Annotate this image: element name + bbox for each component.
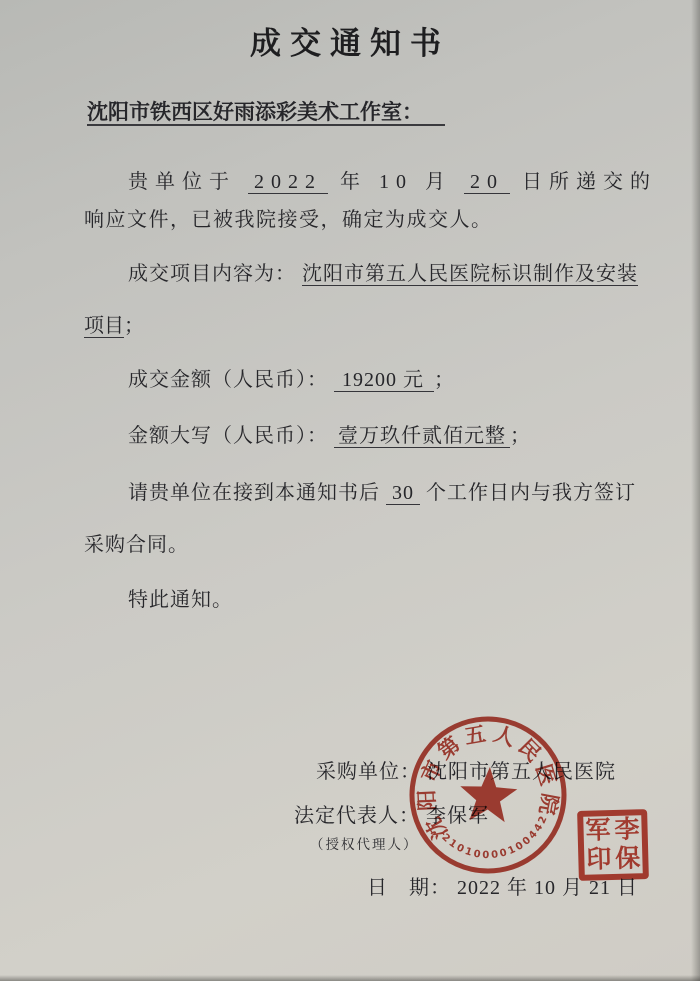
amount-words-label: 金额大写（人民币）： bbox=[128, 425, 328, 447]
para2-project-name-cont: 项目 bbox=[84, 315, 124, 338]
para5-post: 个工作日内与我方签订 bbox=[426, 482, 636, 504]
paper-right-edge bbox=[691, 0, 700, 981]
document-photo: 成交通知书 沈阳市铁西区好雨添彩美术工作室： 贵单位于 2022 年 10 月 … bbox=[0, 0, 700, 981]
para2-project-name: 沈阳市第五人民医院标识制作及安装 bbox=[302, 263, 638, 286]
para5-days: 30 bbox=[386, 482, 420, 505]
para5-pre: 请贵单位在接到本通知书后 bbox=[128, 482, 380, 504]
paper-bottom-edge bbox=[0, 975, 700, 981]
para1-day: 20 bbox=[464, 171, 510, 194]
page-title: 成交通知书 bbox=[0, 18, 700, 63]
seal-char: 军 bbox=[583, 816, 613, 846]
para2-line1: 成交项目内容为： 沈阳市第五人民医院标识制作及安装 bbox=[128, 257, 638, 286]
para1-post: 日所递交的 bbox=[522, 171, 657, 193]
amount-words-end: ； bbox=[510, 425, 531, 447]
para5-line1: 请贵单位在接到本通知书后 30 个工作日内与我方签订 bbox=[128, 476, 636, 505]
closing-line: 特此通知。 bbox=[128, 583, 233, 612]
amount-end: ； bbox=[434, 369, 455, 391]
para1-pre: 贵单位于 bbox=[128, 171, 236, 193]
addressee-text: 沈阳市铁西区好雨添彩美术工作室： bbox=[87, 100, 445, 126]
round-official-seal: 沈阳市第五人民医院 210100001004429 bbox=[386, 693, 590, 897]
amount-value: 19200 元 bbox=[334, 369, 434, 392]
seal-char: 印 bbox=[584, 845, 614, 875]
star-icon bbox=[459, 766, 519, 823]
para2-end: ； bbox=[124, 315, 144, 337]
para1-line1: 贵单位于 2022 年 10 月 20 日所递交的 bbox=[128, 165, 657, 194]
amount-line: 成交金额（人民币）： 19200 元； bbox=[128, 363, 455, 392]
para1-year: 2022 bbox=[248, 171, 328, 194]
para2-line2: 项目； bbox=[84, 309, 144, 338]
square-name-seal: 军 李 印 保 bbox=[577, 809, 649, 881]
para5-line2: 采购合同。 bbox=[84, 528, 189, 557]
para1-line2: 响应文件，已被我院接受，确定为成交人。 bbox=[84, 203, 493, 232]
seal-char: 李 bbox=[612, 815, 642, 845]
para1-mid: 年 10 月 bbox=[340, 171, 452, 193]
seal-char: 保 bbox=[613, 844, 643, 874]
amount-words-value: 壹万玖仟贰佰元整 bbox=[334, 425, 510, 448]
amount-words-line: 金额大写（人民币）： 壹万玖仟贰佰元整； bbox=[128, 419, 531, 448]
addressee-line: 沈阳市铁西区好雨添彩美术工作室： bbox=[87, 96, 445, 126]
para2-label: 成交项目内容为： bbox=[128, 263, 296, 285]
amount-label: 成交金额（人民币）： bbox=[128, 369, 328, 391]
